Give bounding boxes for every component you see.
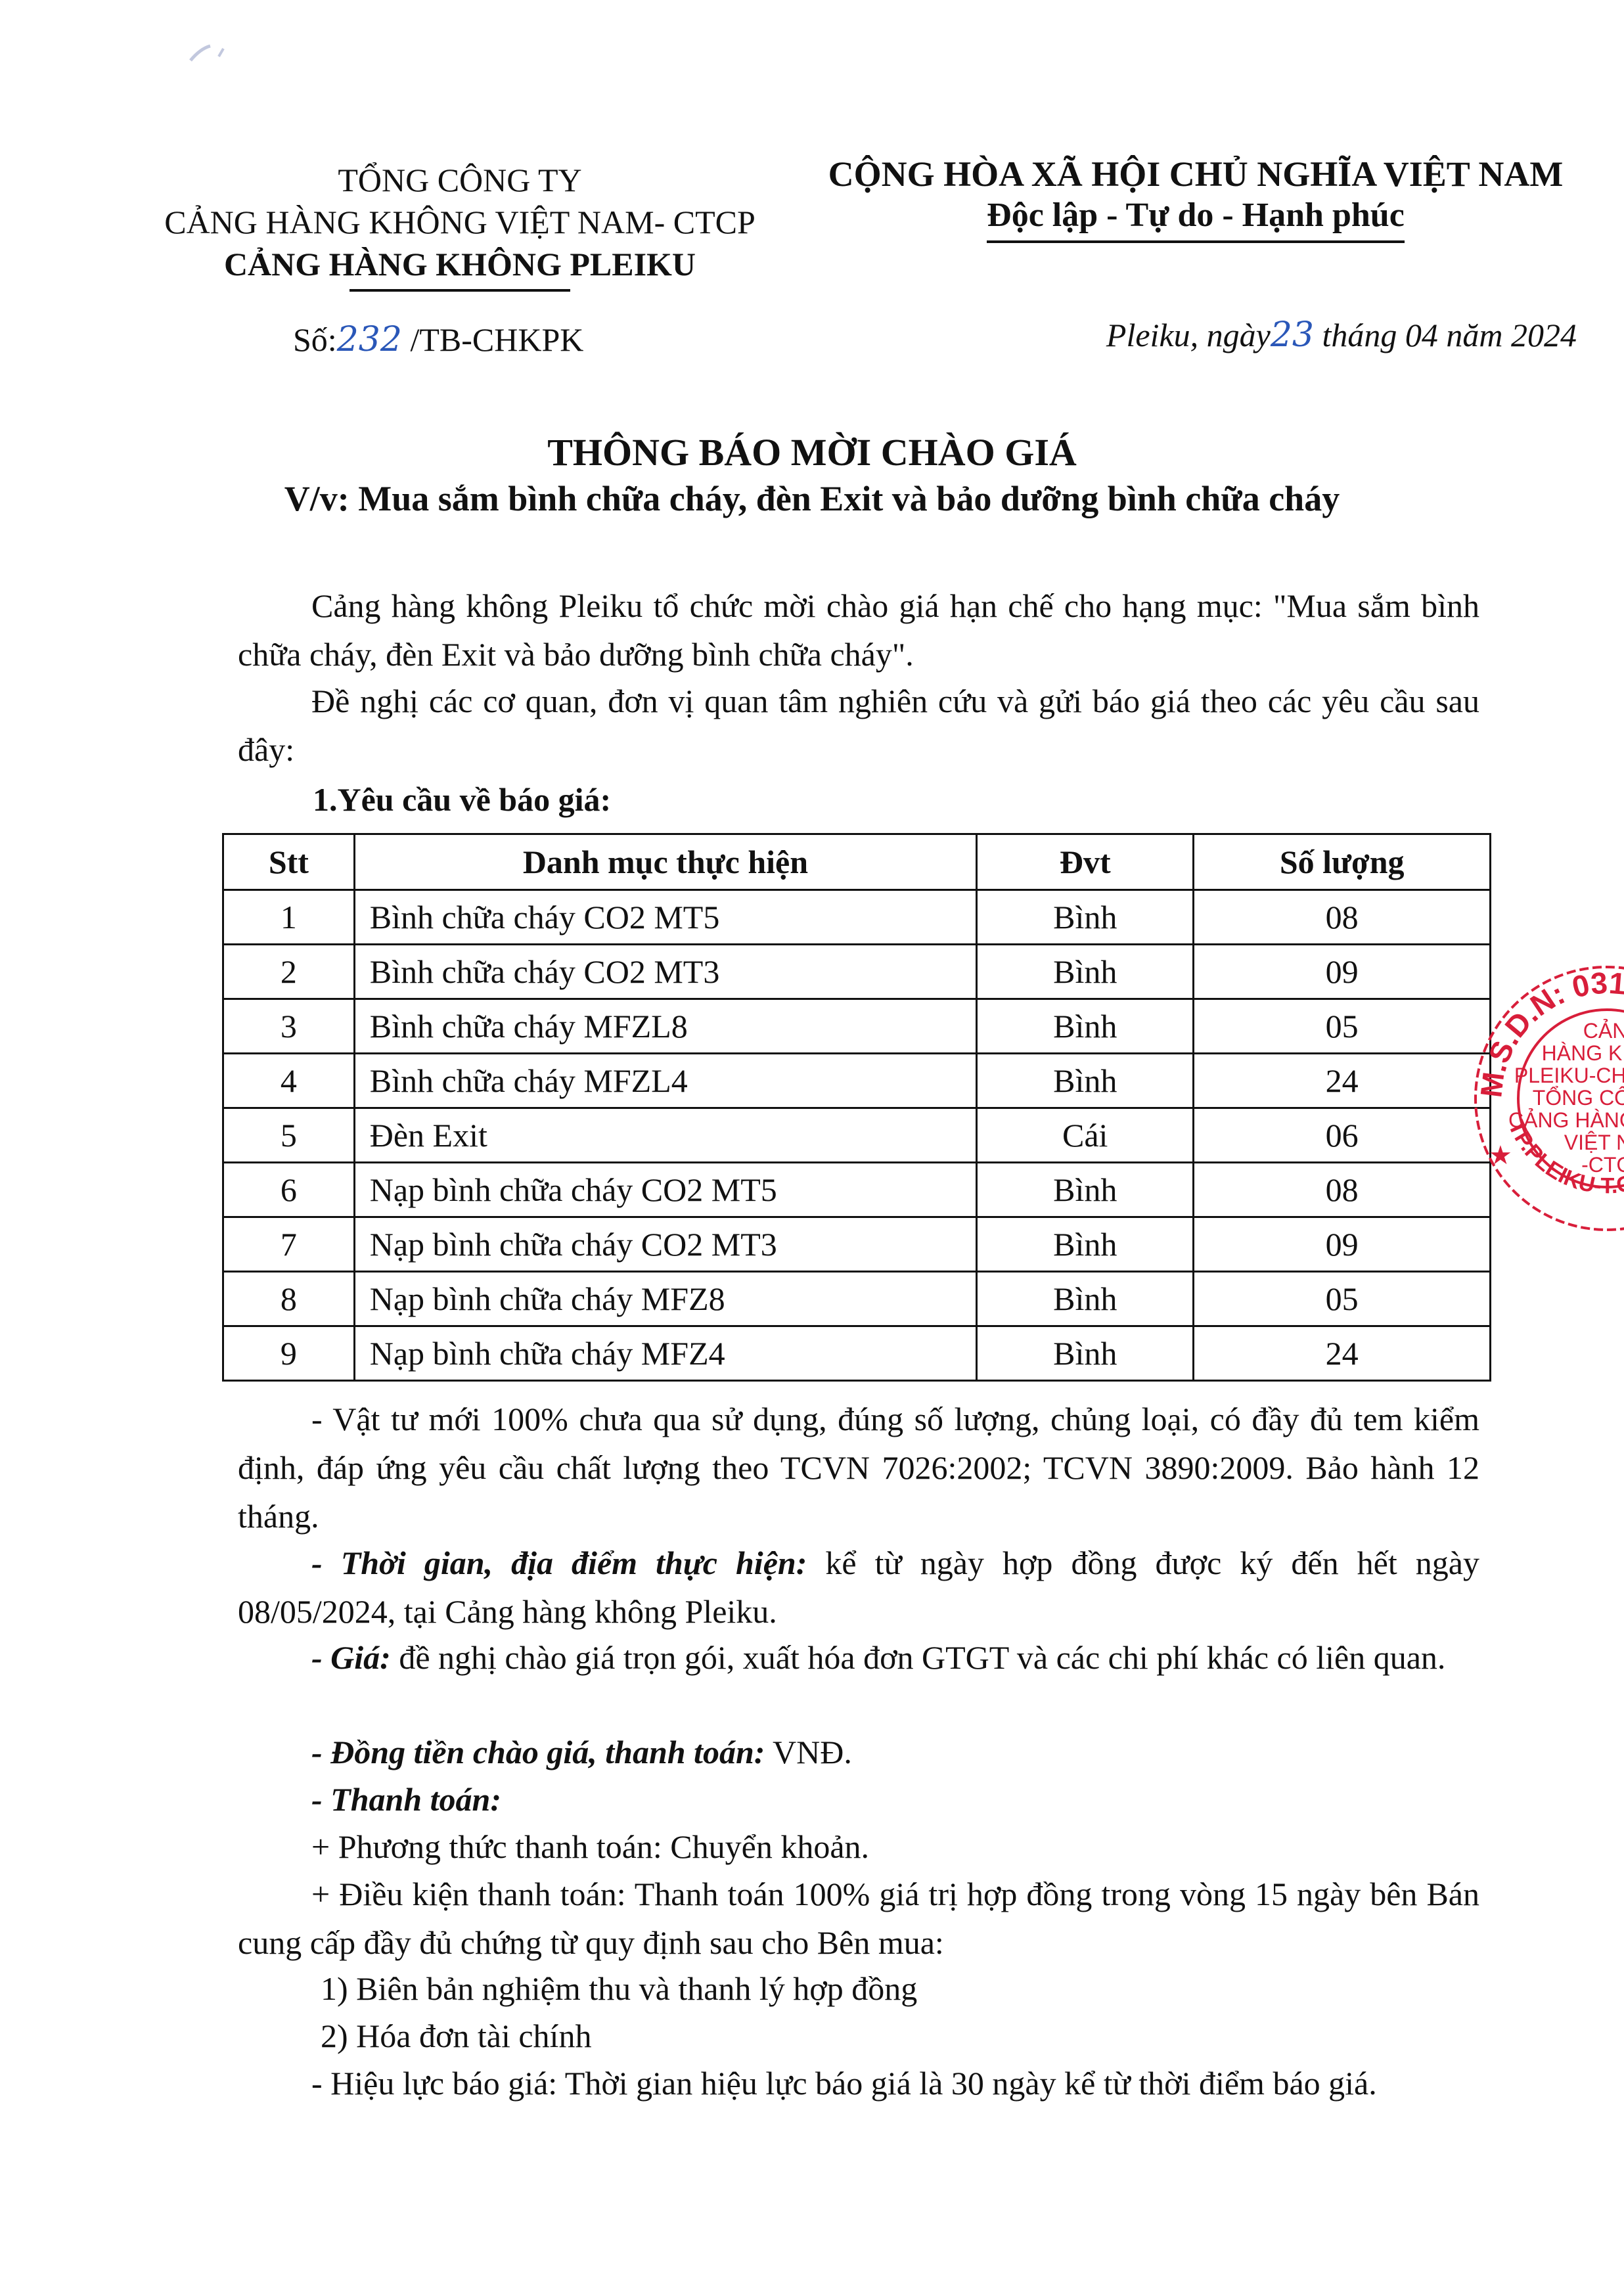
- org-line-1: TỔNG CÔNG TY: [131, 159, 788, 201]
- stamp-inner-line: TỔNG CÔNG TY: [1533, 1086, 1624, 1110]
- national-motto: Độc lập - Tự do - Hạnh phúc: [987, 196, 1405, 243]
- stamp-inner-line: CẢNG HÀNG KHÔNG: [1508, 1108, 1624, 1132]
- table-row: 6Nạp bình chữa cháy CO2 MT5Bình08: [223, 1163, 1491, 1217]
- org-line-2: CẢNG HÀNG KHÔNG VIỆT NAM- CTCP: [131, 201, 788, 243]
- row-stt: 9: [223, 1326, 355, 1381]
- row-item-name: Bình chữa cháy MFZL8: [354, 999, 976, 1054]
- stamp-star-icon: ★: [1489, 1140, 1512, 1171]
- row-unit: Bình: [977, 945, 1194, 999]
- national-heading: CỘNG HÒA XÃ HỘI CHỦ NGHĨA VIỆT NAM Độc l…: [808, 152, 1583, 243]
- col-header-stt: Stt: [223, 834, 355, 890]
- row-item-name: Bình chữa cháy CO2 MT5: [354, 890, 976, 945]
- required-document-1: 1) Biên bản nghiệm thu và thanh lý hợp đ…: [321, 1964, 1437, 2013]
- org-unit: CẢNG HÀNG KHÔNG PLEIKU: [131, 243, 788, 285]
- row-unit: Bình: [977, 1272, 1194, 1326]
- row-unit: Bình: [977, 999, 1194, 1054]
- table-row: 5Đèn ExitCái06: [223, 1108, 1491, 1163]
- row-stt: 6: [223, 1163, 355, 1217]
- row-item-name: Nạp bình chữa cháy CO2 MT5: [354, 1163, 976, 1217]
- col-header-unit: Đvt: [977, 834, 1194, 890]
- row-quantity: 24: [1194, 1054, 1491, 1108]
- row-unit: Bình: [977, 1217, 1194, 1272]
- required-document-2: 2) Hóa đơn tài chính: [321, 2012, 1437, 2060]
- row-stt: 7: [223, 1217, 355, 1272]
- col-header-quantity: Số lượng: [1194, 834, 1491, 890]
- table-row: 3Bình chữa cháy MFZL8Bình05: [223, 999, 1491, 1054]
- stamp-inner-line: VIỆT NAM: [1564, 1131, 1624, 1154]
- doc-number-suffix: /TB-CHKPK: [402, 321, 583, 358]
- stamp-inner-line: -CTCP: [1581, 1153, 1624, 1177]
- date-suffix: tháng 04 năm 2024: [1314, 317, 1577, 353]
- price-text: đề nghị chào giá trọn gói, xuất hóa đơn …: [391, 1639, 1446, 1676]
- section-heading-quote-requirements: 1.Yêu cầu về báo giá:: [313, 780, 611, 819]
- row-stt: 4: [223, 1054, 355, 1108]
- intro-paragraph-2: Đề nghị các cơ quan, đơn vị quan tâm ngh…: [238, 677, 1479, 774]
- company-seal-stamp: M.S.D.N: 0311638520 TP.PLEIKU-T.GIA LAI …: [1469, 960, 1624, 1236]
- row-unit: Bình: [977, 890, 1194, 945]
- table-row: 2Bình chữa cháy CO2 MT3Bình09: [223, 945, 1491, 999]
- row-item-name: Nạp bình chữa cháy CO2 MT3: [354, 1217, 976, 1272]
- table-header-row: Stt Danh mục thực hiện Đvt Số lượng: [223, 834, 1491, 890]
- row-item-name: Đèn Exit: [354, 1108, 976, 1163]
- doc-number-handwritten: 232: [337, 320, 402, 359]
- scan-artifact-mark: [187, 41, 240, 67]
- row-item-name: Nạp bình chữa cháy MFZ8: [354, 1272, 976, 1326]
- document-date: Pleiku, ngày23 tháng 04 năm 2024: [1106, 315, 1577, 355]
- row-stt: 1: [223, 890, 355, 945]
- date-day-handwritten: 23: [1271, 315, 1314, 355]
- stamp-inner-line: HÀNG KHÔNG: [1542, 1041, 1624, 1065]
- row-quantity: 08: [1194, 890, 1491, 945]
- row-stt: 3: [223, 999, 355, 1054]
- document-subject: V/v: Mua sắm bình chữa cháy, đèn Exit và…: [0, 478, 1624, 519]
- document-number: Số:232 /TB-CHKPK: [293, 320, 583, 359]
- intro-paragraph-1: Cảng hàng không Pleiku tổ chức mời chào …: [238, 581, 1479, 679]
- payment-heading: - Thanh toán:: [238, 1775, 1479, 1824]
- price-requirement: - Giá: đề nghị chào giá trọn gói, xuất h…: [238, 1633, 1479, 1682]
- row-unit: Bình: [977, 1054, 1194, 1108]
- currency-label: - Đồng tiền chào giá, thanh toán:: [311, 1734, 765, 1770]
- currency-requirement: - Đồng tiền chào giá, thanh toán: VNĐ.: [238, 1728, 1479, 1776]
- row-stt: 5: [223, 1108, 355, 1163]
- col-header-item: Danh mục thực hiện: [354, 834, 976, 890]
- issuing-organization: TỔNG CÔNG TY CẢNG HÀNG KHÔNG VIỆT NAM- C…: [131, 159, 788, 292]
- row-quantity: 09: [1194, 945, 1491, 999]
- row-item-name: Nạp bình chữa cháy MFZ4: [354, 1326, 976, 1381]
- price-label: - Giá:: [311, 1639, 391, 1676]
- materials-requirement: - Vật tư mới 100% chưa qua sử dụng, đúng…: [238, 1395, 1479, 1541]
- table-row: 8Nạp bình chữa cháy MFZ8Bình05: [223, 1272, 1491, 1326]
- row-quantity: 24: [1194, 1326, 1491, 1381]
- items-table: Stt Danh mục thực hiện Đvt Số lượng 1Bìn…: [222, 833, 1491, 1382]
- row-quantity: 05: [1194, 1272, 1491, 1326]
- row-quantity: 06: [1194, 1108, 1491, 1163]
- time-location-requirement: - Thời gian, địa điểm thực hiện: kể từ n…: [238, 1539, 1479, 1636]
- row-quantity: 08: [1194, 1163, 1491, 1217]
- row-quantity: 09: [1194, 1217, 1491, 1272]
- org-underline: [350, 289, 570, 292]
- row-unit: Bình: [977, 1163, 1194, 1217]
- table-row: 7Nạp bình chữa cháy CO2 MT3Bình09: [223, 1217, 1491, 1272]
- row-stt: 2: [223, 945, 355, 999]
- table-row: 4Bình chữa cháy MFZL4Bình24: [223, 1054, 1491, 1108]
- national-title: CỘNG HÒA XÃ HỘI CHỦ NGHĨA VIỆT NAM: [808, 152, 1583, 196]
- payment-terms: + Điều kiện thanh toán: Thanh toán 100% …: [238, 1870, 1479, 1967]
- row-stt: 8: [223, 1272, 355, 1326]
- row-item-name: Bình chữa cháy CO2 MT3: [354, 945, 976, 999]
- table-row: 9Nạp bình chữa cháy MFZ4Bình24: [223, 1326, 1491, 1381]
- stamp-inner-line: PLEIKU-CHI NHÁNH: [1514, 1064, 1624, 1087]
- date-prefix: Pleiku, ngày: [1106, 317, 1271, 353]
- table-row: 1Bình chữa cháy CO2 MT5Bình08: [223, 890, 1491, 945]
- payment-method: + Phương thức thanh toán: Chuyển khoản.: [238, 1822, 1479, 1871]
- row-unit: Cái: [977, 1108, 1194, 1163]
- quote-validity: - Hiệu lực báo giá: Thời gian hiệu lực b…: [238, 2059, 1479, 2107]
- stamp-inner-line: CẢNG: [1583, 1019, 1624, 1043]
- currency-text: VNĐ.: [765, 1734, 851, 1770]
- row-unit: Bình: [977, 1326, 1194, 1381]
- row-item-name: Bình chữa cháy MFZL4: [354, 1054, 976, 1108]
- row-quantity: 05: [1194, 999, 1491, 1054]
- payment-label: - Thanh toán:: [311, 1781, 501, 1818]
- document-title: THÔNG BÁO MỜI CHÀO GIÁ: [0, 430, 1624, 474]
- doc-number-prefix: Số:: [293, 321, 337, 358]
- time-location-label: - Thời gian, địa điểm thực hiện:: [311, 1544, 807, 1581]
